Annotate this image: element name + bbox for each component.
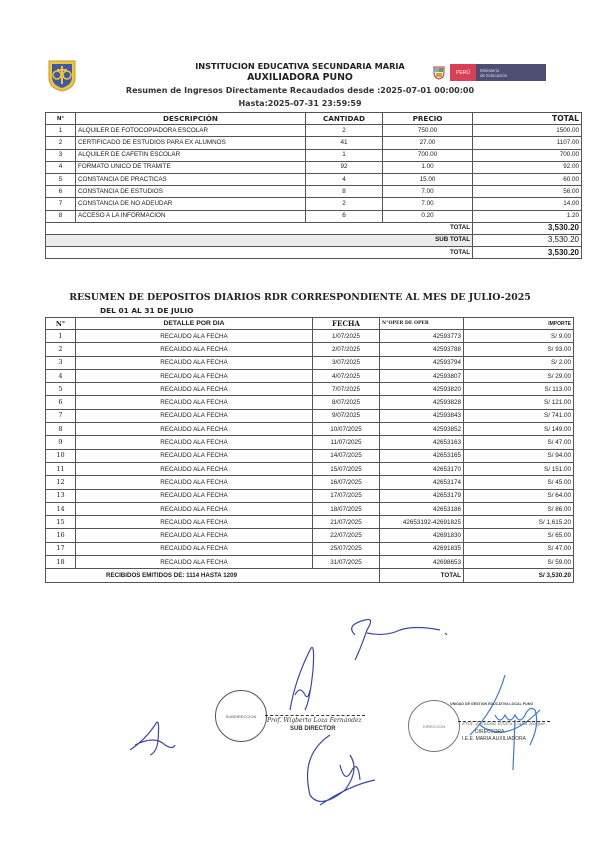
receipts-range: RECIBIDOS EMITIDOS DE: 1114 HASTA 1209 (46, 569, 380, 582)
subdirector-name: Prof. Wigberto Loza Fernández (267, 717, 362, 724)
income-row: 3ALQUILER DE CAFETIN ESCOLAR1700.00700.0… (46, 149, 582, 161)
row-price: 15.00 (383, 173, 473, 185)
col-detail: DETALLE POR DIA (76, 318, 313, 330)
row-date: 31/07/2025 (313, 556, 380, 569)
signature-bottom (290, 725, 380, 815)
deposit-row: 6RECAUDO ALA FECHA8/07/202542593828S/ 12… (46, 396, 574, 409)
row-amount: S/ 741.00 (464, 409, 574, 422)
institution-name-line1: INSTITUCION EDUCATIVA SECUNDARIA MARIA (150, 61, 450, 71)
deposit-row: 17RECAUDO ALA FECHA25/07/202542691835S/ … (46, 542, 574, 555)
row-number: 10 (46, 449, 76, 462)
row-price: 0.20 (383, 210, 473, 222)
deposits-footer-row: RECIBIDOS EMITIDOS DE: 1114 HASTA 1209 T… (46, 569, 574, 582)
row-operation: 42593852 (380, 423, 464, 436)
row-amount: S/ 47.00 (464, 436, 574, 449)
row-operation: 42653170 (380, 462, 464, 475)
deposits-table-header: N° DETALLE POR DIA FECHA N°OPER DE OPER … (46, 318, 574, 330)
subtotal-value: 3,530.20 (473, 234, 582, 246)
row-operation: 42593807 (380, 369, 464, 382)
col-number: N° (46, 318, 76, 330)
row-price: 7.00 (383, 198, 473, 210)
row-number: 6 (46, 186, 76, 198)
deposit-row: 14RECAUDO ALA FECHA18/07/202542653186S/ … (46, 502, 574, 515)
row-price: 1.00 (383, 161, 473, 173)
row-description: ACCESO A LA INFORMACION (76, 210, 306, 222)
col-price: PRECIO (383, 113, 473, 125)
income-row: 1ALQUILER DE FOTOCOPIADORA ESCOLAR2750.0… (46, 125, 582, 137)
row-operation: 42593794 (380, 356, 464, 369)
row-amount: S/ 151.00 (464, 462, 574, 475)
row-quantity: 41 (306, 137, 383, 149)
row-description: ALQUILER DE FOTOCOPIADORA ESCOLAR (76, 125, 306, 137)
row-detail: RECAUDO ALA FECHA (76, 476, 313, 489)
director-stamp: DIRECCION (408, 700, 460, 752)
row-total: 1.20 (473, 210, 582, 222)
row-number: 2 (46, 343, 76, 356)
row-total: 1107.00 (473, 137, 582, 149)
row-number: 1 (46, 330, 76, 343)
row-number: 13 (46, 489, 76, 502)
row-operation: 42691830 (380, 529, 464, 542)
row-number: 3 (46, 356, 76, 369)
deposits-total-label: TOTAL (380, 569, 464, 582)
row-operation: 42653165 (380, 449, 464, 462)
signature-subdirector (275, 640, 345, 715)
row-total: 1500.00 (473, 125, 582, 137)
deposit-row: 15RECAUDO ALA FECHA21/07/202542653192-42… (46, 516, 574, 529)
income-subtotal-row: SUB TOTAL 3,530.20 (46, 234, 582, 246)
deposit-row: 11RECAUDO ALA FECHA15/07/202542653170S/ … (46, 462, 574, 475)
row-detail: RECAUDO ALA FECHA (76, 542, 313, 555)
director-role: DIRECTORA (475, 729, 504, 735)
row-number: 4 (46, 161, 76, 173)
row-number: 8 (46, 423, 76, 436)
row-amount: S/ 1,615.20 (464, 516, 574, 529)
col-date: FECHA (313, 318, 380, 330)
deposit-row: 18RECAUDO ALA FECHA31/07/202542698653S/ … (46, 556, 574, 569)
row-quantity: 8 (306, 186, 383, 198)
row-detail: RECAUDO ALA FECHA (76, 423, 313, 436)
deposits-subtitle: DEL 01 AL 31 DE JULIO (100, 306, 193, 315)
row-price: 700.00 (383, 149, 473, 161)
institution-name-line2: AUXILIADORA PUNO (150, 72, 450, 83)
row-description: FORMATO UNICO DE TRAMITE (76, 161, 306, 173)
director-institution: I.E.E. MARIA AUXILIADORA (462, 736, 526, 742)
row-number: 14 (46, 502, 76, 515)
deposit-row: 1RECAUDO ALA FECHA1/07/202542593773S/ 9.… (46, 330, 574, 343)
row-number: 18 (46, 556, 76, 569)
row-number: 6 (46, 396, 76, 409)
row-quantity: 1 (306, 149, 383, 161)
row-date: 17/07/2025 (313, 489, 380, 502)
row-operation: 42653179 (380, 489, 464, 502)
row-number: 12 (46, 476, 76, 489)
col-total: TOTAL (473, 113, 582, 125)
row-description: CONSTANCIA DE PRACTICAS (76, 173, 306, 185)
row-operation: 42593820 (380, 383, 464, 396)
row-amount: S/ 47.00 (464, 542, 574, 555)
row-date: 8/07/2025 (313, 396, 380, 409)
row-amount: S/ 93.00 (464, 343, 574, 356)
row-detail: RECAUDO ALA FECHA (76, 516, 313, 529)
row-number: 5 (46, 173, 76, 185)
row-date: 4/07/2025 (313, 369, 380, 382)
row-date: 9/07/2025 (313, 409, 380, 422)
income-row: 2CERTIFICADO DE ESTUDIOS PARA EX ALUMNOS… (46, 137, 582, 149)
row-detail: RECAUDO ALA FECHA (76, 369, 313, 382)
col-operation: N°OPER DE OPER (380, 318, 464, 330)
grand-total-label: TOTAL (46, 247, 473, 259)
row-date: 11/07/2025 (313, 436, 380, 449)
row-operation: 42593843 (380, 409, 464, 422)
subtotal-label: SUB TOTAL (46, 234, 473, 246)
row-detail: RECAUDO ALA FECHA (76, 330, 313, 343)
report-period-from: Resumen de Ingresos Directamente Recauda… (100, 86, 500, 95)
col-amount: IMPORTE (464, 318, 574, 330)
row-amount: S/ 2.00 (464, 356, 574, 369)
row-operation: 42691835 (380, 542, 464, 555)
row-description: CONSTANCIA DE ESTUDIOS (76, 186, 306, 198)
income-row: 4FORMATO UNICO DE TRAMITE921.0092.00 (46, 161, 582, 173)
income-row: 5CONSTANCIA DE PRACTICAS415.0060.00 (46, 173, 582, 185)
row-amount: S/ 64.00 (464, 489, 574, 502)
row-amount: S/ 45.00 (464, 476, 574, 489)
row-operation: 42698653 (380, 556, 464, 569)
income-row: 8ACCESO A LA INFORMACION60.201.20 (46, 210, 582, 222)
row-amount: S/ 113.00 (464, 383, 574, 396)
row-total: 60.00 (473, 173, 582, 185)
income-table-header: N° DESCRIPCIÓN CANTIDAD PRECIO TOTAL (46, 113, 582, 125)
subdirector-stamp: SUBDIRECCION (215, 690, 267, 742)
income-table: N° DESCRIPCIÓN CANTIDAD PRECIO TOTAL 1AL… (45, 112, 582, 259)
row-operation: 42593788 (380, 343, 464, 356)
income-row: 7CONSTANCIA DE NO ADEUDAR27.0014.00 (46, 198, 582, 210)
ministry-name: Ministerio de Educación (476, 64, 546, 81)
row-number: 4 (46, 369, 76, 382)
row-detail: RECAUDO ALA FECHA (76, 436, 313, 449)
row-amount: S/ 94.00 (464, 449, 574, 462)
row-total: 92.00 (473, 161, 582, 173)
deposit-row: 4RECAUDO ALA FECHA4/07/202542593807S/ 29… (46, 369, 574, 382)
row-date: 21/07/2025 (313, 516, 380, 529)
col-quantity: CANTIDAD (306, 113, 383, 125)
row-number: 5 (46, 383, 76, 396)
col-description: DESCRIPCIÓN (76, 113, 306, 125)
row-detail: RECAUDO ALA FECHA (76, 529, 313, 542)
deposits-table: N° DETALLE POR DIA FECHA N°OPER DE OPER … (45, 317, 574, 583)
row-price: 7.00 (383, 186, 473, 198)
row-detail: RECAUDO ALA FECHA (76, 396, 313, 409)
row-number: 7 (46, 198, 76, 210)
row-operation: 42653192-42691825 (380, 516, 464, 529)
total-value: 3,530.20 (473, 222, 582, 234)
deposit-row: 8RECAUDO ALA FECHA10/07/202542593852S/ 1… (46, 423, 574, 436)
row-total: 14.00 (473, 198, 582, 210)
row-detail: RECAUDO ALA FECHA (76, 383, 313, 396)
deposits-total-value: S/ 3,530.20 (464, 569, 574, 582)
director-unit: UNIDAD DE GESTION EDUCATIVA LOCAL PUNO (450, 702, 533, 706)
row-amount: S/ 86.00 (464, 502, 574, 515)
row-detail: RECAUDO ALA FECHA (76, 343, 313, 356)
peru-label: PERÚ (450, 64, 476, 81)
row-date: 22/07/2025 (313, 529, 380, 542)
row-amount: S/ 65.00 (464, 529, 574, 542)
row-detail: RECAUDO ALA FECHA (76, 409, 313, 422)
row-date: 16/07/2025 (313, 476, 380, 489)
row-detail: RECAUDO ALA FECHA (76, 489, 313, 502)
total-label: TOTAL (46, 222, 473, 234)
row-description: CONSTANCIA DE NO ADEUDAR (76, 198, 306, 210)
row-operation: 42653174 (380, 476, 464, 489)
row-number: 15 (46, 516, 76, 529)
row-amount: S/ 9.00 (464, 330, 574, 343)
row-number: 1 (46, 125, 76, 137)
row-description: CERTIFICADO DE ESTUDIOS PARA EX ALUMNOS (76, 137, 306, 149)
row-price: 27.00 (383, 137, 473, 149)
row-operation: 42653186 (380, 502, 464, 515)
row-quantity: 2 (306, 198, 383, 210)
director-name: Prof. Zenaida Elvira Cuba Roque (462, 721, 545, 727)
row-operation: 42593828 (380, 396, 464, 409)
row-number: 9 (46, 436, 76, 449)
row-number: 2 (46, 137, 76, 149)
row-amount: S/ 121.00 (464, 396, 574, 409)
deposit-row: 16RECAUDO ALA FECHA22/07/202542691830S/ … (46, 529, 574, 542)
income-total-row: TOTAL 3,530.20 (46, 222, 582, 234)
row-price: 750.00 (383, 125, 473, 137)
row-detail: RECAUDO ALA FECHA (76, 502, 313, 515)
row-description: ALQUILER DE CAFETIN ESCOLAR (76, 149, 306, 161)
row-number: 11 (46, 462, 76, 475)
deposit-row: 13RECAUDO ALA FECHA17/07/202542653179S/ … (46, 489, 574, 502)
deposits-title: RESUMEN DE DEPOSITOS DIARIOS RDR CORRESP… (40, 292, 560, 303)
grand-total-value: 3,530.20 (473, 247, 582, 259)
col-number: N° (46, 113, 76, 125)
school-crest-icon (46, 58, 78, 92)
row-amount: S/ 29.00 (464, 369, 574, 382)
row-operation: 42593773 (380, 330, 464, 343)
row-quantity: 2 (306, 125, 383, 137)
row-total: 700.00 (473, 149, 582, 161)
row-amount: S/ 59.00 (464, 556, 574, 569)
row-number: 17 (46, 542, 76, 555)
deposit-row: 2RECAUDO ALA FECHA2/07/202542593788S/ 93… (46, 343, 574, 356)
row-date: 15/07/2025 (313, 462, 380, 475)
row-total: 56.00 (473, 186, 582, 198)
signature-left (125, 710, 185, 760)
row-operation: 42653163 (380, 436, 464, 449)
row-date: 14/07/2025 (313, 449, 380, 462)
deposit-row: 3RECAUDO ALA FECHA3/07/202542593794S/ 2.… (46, 356, 574, 369)
signature-top (345, 615, 465, 665)
subdirector-role: SUB DIRECTOR (290, 726, 336, 732)
income-row: 6CONSTANCIA DE ESTUDIOS87.0056.00 (46, 186, 582, 198)
ministry-logo: PERÚ Ministerio de Educación (432, 64, 546, 81)
row-quantity: 6 (306, 210, 383, 222)
row-date: 2/07/2025 (313, 343, 380, 356)
report-period-until: Hasta:2025-07-31 23:59:59 (150, 99, 450, 108)
row-number: 3 (46, 149, 76, 161)
row-quantity: 92 (306, 161, 383, 173)
row-amount: S/ 149.00 (464, 423, 574, 436)
row-number: 7 (46, 409, 76, 422)
income-grand-total-row: TOTAL 3,530.20 (46, 247, 582, 259)
row-detail: RECAUDO ALA FECHA (76, 556, 313, 569)
row-date: 1/07/2025 (313, 330, 380, 343)
row-date: 3/07/2025 (313, 356, 380, 369)
row-detail: RECAUDO ALA FECHA (76, 449, 313, 462)
deposit-row: 7RECAUDO ALA FECHA9/07/202542593843S/ 74… (46, 409, 574, 422)
deposit-row: 12RECAUDO ALA FECHA16/07/202542653174S/ … (46, 476, 574, 489)
deposit-row: 10RECAUDO ALA FECHA14/07/202542653165S/ … (46, 449, 574, 462)
row-quantity: 4 (306, 173, 383, 185)
deposit-row: 5RECAUDO ALA FECHA7/07/202542593820S/ 11… (46, 383, 574, 396)
row-date: 7/07/2025 (313, 383, 380, 396)
row-date: 18/07/2025 (313, 502, 380, 515)
row-number: 16 (46, 529, 76, 542)
peru-coat-of-arms-icon (432, 65, 446, 80)
row-date: 10/07/2025 (313, 423, 380, 436)
row-number: 8 (46, 210, 76, 222)
row-date: 25/07/2025 (313, 542, 380, 555)
deposit-row: 9RECAUDO ALA FECHA11/07/202542653163S/ 4… (46, 436, 574, 449)
row-detail: RECAUDO ALA FECHA (76, 462, 313, 475)
row-detail: RECAUDO ALA FECHA (76, 356, 313, 369)
